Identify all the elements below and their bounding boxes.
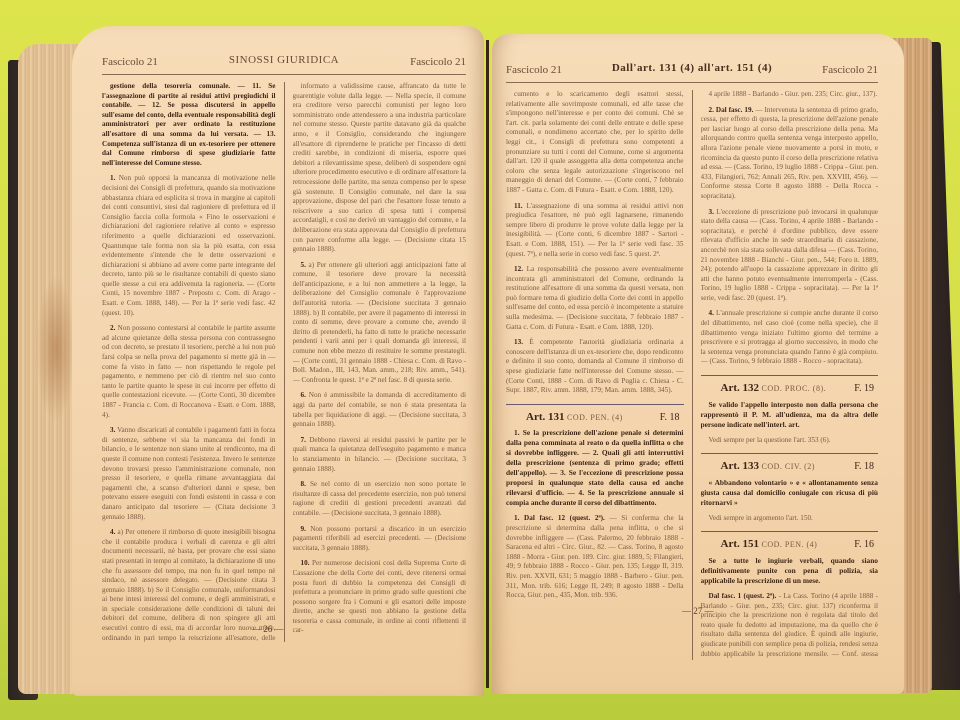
paragraph-8: 8. Se nel conto di un esercizio non sono… <box>293 480 467 518</box>
right-column-2: 4 aprile 1888 - Barlando - Giur. pen. 23… <box>701 90 879 660</box>
article-rule <box>701 453 879 454</box>
paragraph-2: 2. Non possono contestarsi al contabile … <box>102 324 276 420</box>
article-132-heading: Art. 132 COD. PROC. (8). F. 19 <box>721 384 875 394</box>
article-151-heading: Art. 151 COD. PEN. (4) F. 16 <box>721 540 875 550</box>
book-gutter <box>486 40 489 688</box>
paragraph-11: 11. L'assegnazione di una somma ai resid… <box>506 202 684 260</box>
header-rule <box>506 82 878 83</box>
article-132-summary: Se valido l'appello interposto non dalla… <box>701 400 879 430</box>
left-column-2: informato a validissime cause, affrancat… <box>293 82 467 642</box>
paragraph-4: 4. a) Per ottenere il rimborso di quote … <box>102 528 276 642</box>
article-151-summary: Se a tutte le ingiurie verbali, quando s… <box>701 556 879 586</box>
fascicolo-label-right: Fascicolo 21 <box>410 56 466 68</box>
paragraph-12: 12. La responsabilità che possono avere … <box>506 265 684 332</box>
paragraph-6: 6. Non è ammissibile la domanda di accre… <box>293 391 467 429</box>
article-131-summary: 1. Se la prescrizione dell'azione penale… <box>506 428 684 508</box>
left-page-columns: gestione della tesoreria comunale. — 11.… <box>102 82 466 642</box>
page-number-26: — 26 — <box>252 624 284 634</box>
water-stain <box>36 274 76 424</box>
article-151-paragraph: Dal fasc. 1 (quest. 2ª). - La Cass. Tori… <box>701 592 879 660</box>
paragraph-4: 4. L'annuale prescrizione si compie anch… <box>701 309 879 367</box>
right-column-1: cumento e lo scaricamento degli esattori… <box>506 90 684 660</box>
paragraph-5: 5. a) Per ottenere gli ulteriori aggi an… <box>293 261 467 386</box>
paragraph-continued: cumento e lo scaricamento degli esattori… <box>506 90 684 196</box>
fascicolo-label-right: Fascicolo 21 <box>822 64 878 76</box>
paragraph-9: 9. Non possono portarsi a discarico in u… <box>293 525 467 554</box>
header-rule <box>102 74 466 75</box>
right-running-head: Fascicolo 21 Dall'art. 131 (4) all'art. … <box>506 62 878 80</box>
paragraph-1: 1. Non può opporsi la mancanza di motiva… <box>102 174 276 318</box>
left-page: Fascicolo 21 SINOSSI GIURIDICA Fascicolo… <box>72 26 484 696</box>
paragraph-3: 3. Vanno discaricati al contabile i paga… <box>102 426 276 522</box>
right-page-columns: cumento e lo scaricamento degli esattori… <box>506 90 878 660</box>
paragraph-continued: 4 aprile 1888 - Barlando - Giur. pen. 23… <box>701 90 879 100</box>
paragraph-2: 2. Dal fasc. 19. — Intervenuta la senten… <box>701 106 879 202</box>
article-rule <box>701 375 879 376</box>
paragraph-3: 3. L'eccezione di prescrizione può invoc… <box>701 208 879 304</box>
paragraph-13: 13. È competente l'autorità giudiziaria … <box>506 338 684 396</box>
right-page: Fascicolo 21 Dall'art. 131 (4) all'art. … <box>492 34 904 694</box>
paragraph-continued: informato a validissime cause, affrancat… <box>293 82 467 255</box>
article-133-see-also: Vedi sempre in argomento l'art. 150. <box>701 514 879 524</box>
paragraph-10: 10. Per numerose decisioni così della Su… <box>293 559 467 636</box>
column-divider <box>692 90 693 660</box>
left-column-1: gestione della tesoreria comunale. — 11.… <box>102 82 276 642</box>
left-running-head: Fascicolo 21 SINOSSI GIURIDICA Fascicolo… <box>102 54 466 72</box>
article-133-heading: Art. 133 COD. CIV. (2) F. 18 <box>721 462 875 472</box>
paragraph-7: 7. Debbono riaversi ai residui passivi l… <box>293 436 467 474</box>
article-131-paragraph-1: 1. Dal fasc. 12 (quest. 2ª). — Si confer… <box>506 514 684 600</box>
article-rule <box>701 531 879 532</box>
column-divider <box>284 82 285 642</box>
article-rule <box>506 404 684 405</box>
article-131-heading: Art. 131 COD. PEN. (4) F. 18 <box>526 413 680 423</box>
page-number-27: — 27 — <box>682 606 714 616</box>
article-133-summary: « Abbandono volontario » e « allontaname… <box>701 478 879 508</box>
summary-paragraph: gestione della tesoreria comunale. — 11.… <box>102 82 276 168</box>
article-132-see-also: Vedi sempre per la questione l'art. 353 … <box>701 436 879 446</box>
